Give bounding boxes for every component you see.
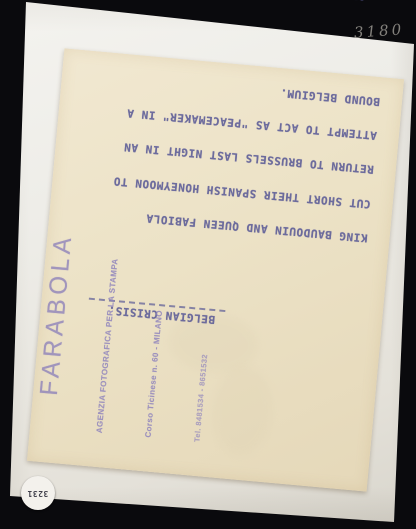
agency-stamp-line: AGENZIA FOTOGRAFICA PER LA STAMPA [93,237,124,433]
archive-sticker: 3231 [21,476,55,510]
caption-sheet: BELGIAN CRISIS. KING BAUDOUIN AND QUEEN … [27,48,404,491]
agency-stamp-line: Corso Ticinese n. 60 - MILANO [142,242,173,438]
caption-line: STRIKERS HAS DEMONSTRATED ALL DAY [97,0,390,3]
pencil-number-annotation: 3180 [353,20,404,41]
caption-line: RETURN TO BRUSSELS LAST NIGHT IN AN [81,137,374,175]
caption-line: BOUND BELGIUM. [88,69,381,107]
agency-stamp-line: Tel. 8481534 - 8651532 [190,246,221,442]
caption-line: CUT SHORT THEIR SPANISH HONEYMOON TO [78,172,371,210]
sticker-number: 3231 [27,489,48,498]
scanned-photo-back: BELGIAN CRISIS. KING BAUDOUIN AND QUEEN … [0,0,416,529]
caption-paragraph-royal: KING BAUDOUIN AND QUEEN FABIOLA CUT SHOR… [73,47,382,267]
caption-line: ATTEMPT TO ACT AS "PEACEMAKER" IN A [85,103,378,141]
